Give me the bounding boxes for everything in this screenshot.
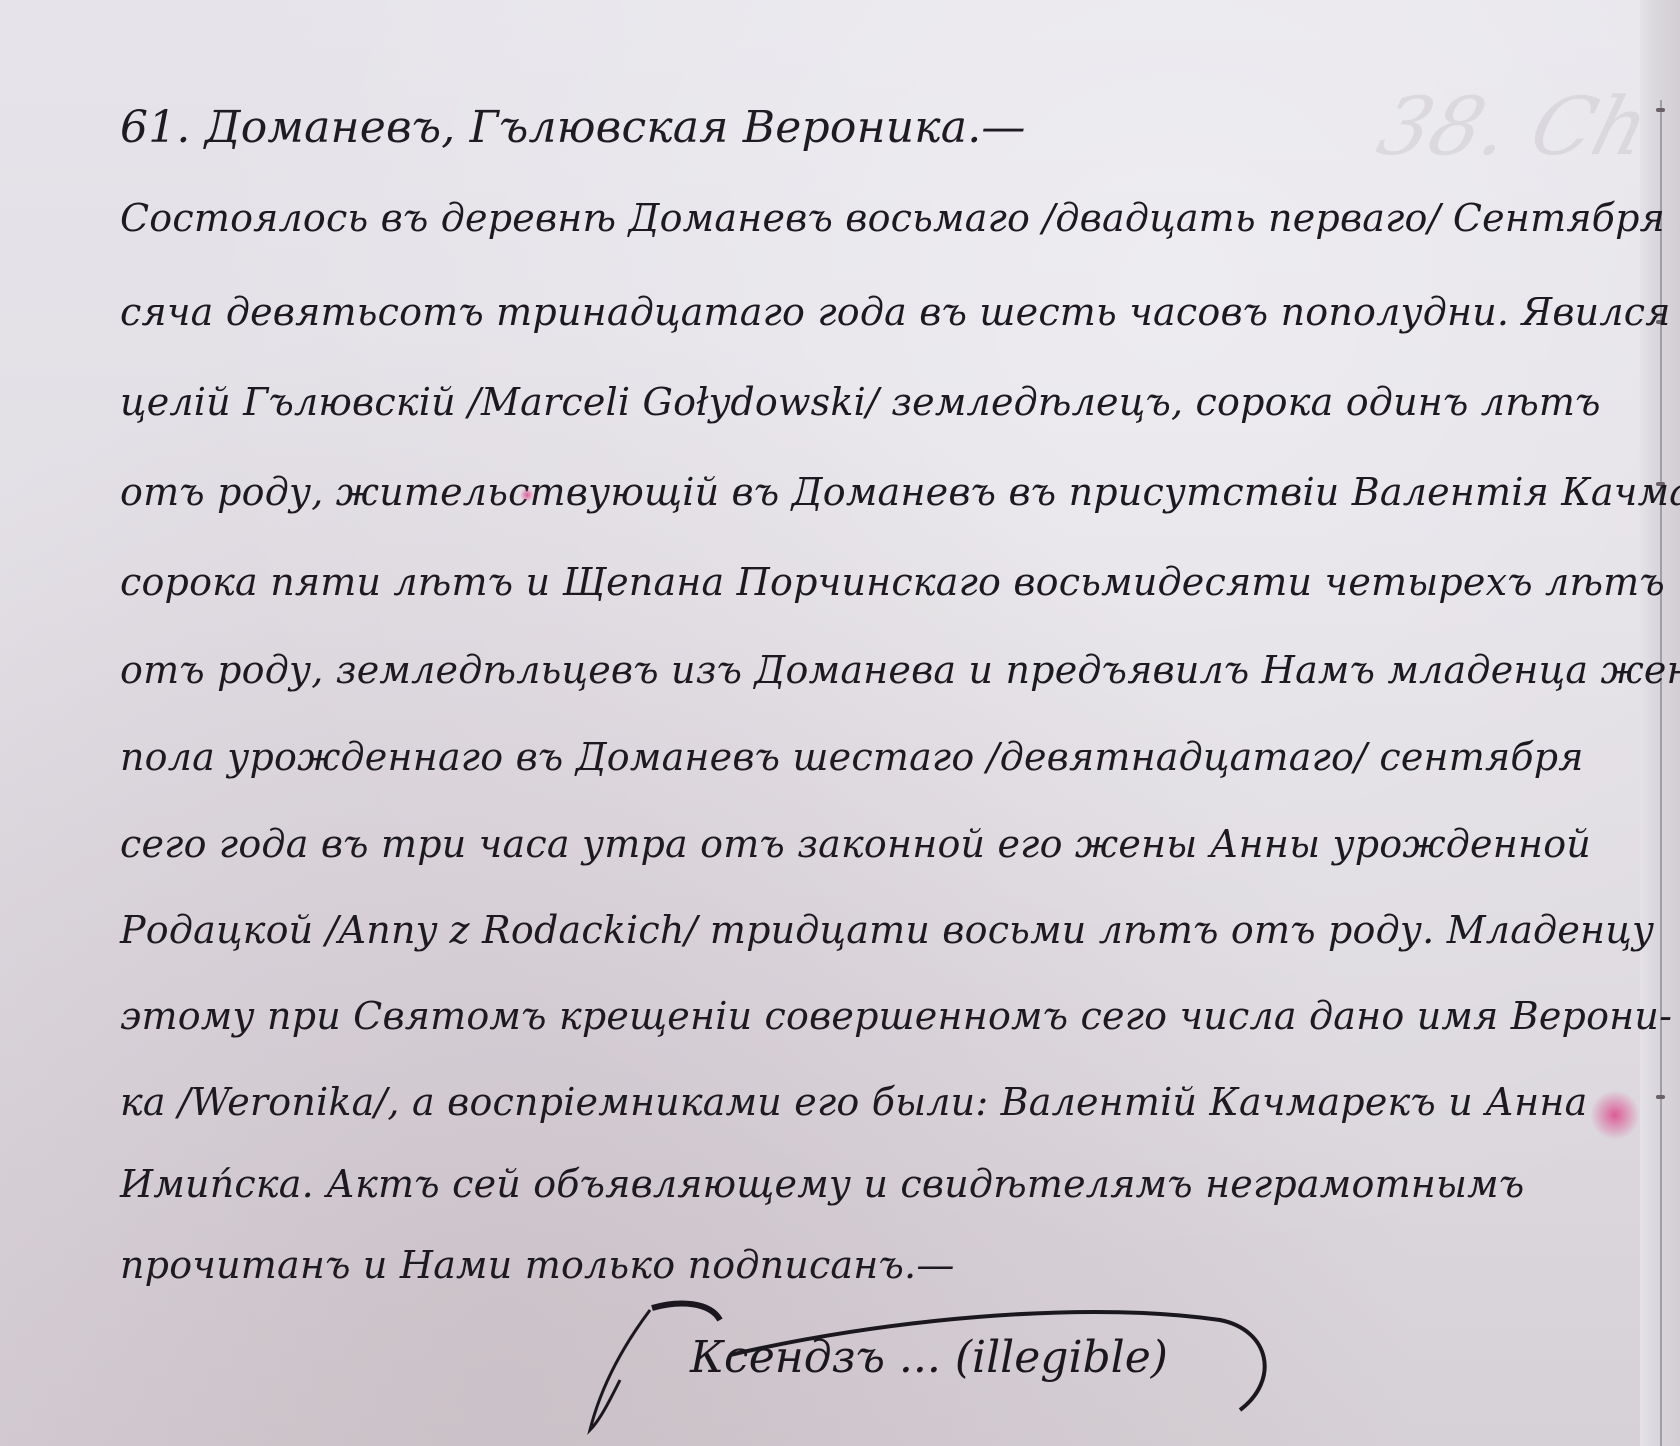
entry-heading: 61. Доманевъ, Гълювская Вероника.— [120,102,1026,153]
body-line-8: сего года въ три часа утра отъ законной … [120,822,1591,866]
bleed-through-text: 38. Ch [1367,80,1680,180]
body-line-4: отъ роду, жительствующiй въ Доманевъ въ … [120,470,1680,514]
body-line-2: сяча девятьсотъ тринадцатаго года въ шес… [120,290,1680,334]
body-line-1: Состоялось въ деревнѣ Доманевъ восьмаго … [120,196,1680,240]
body-line-11: ка /Weronika/, а воспрiемниками его были… [120,1080,1587,1124]
red-ink-mark [1590,1090,1640,1140]
body-line-3: целiй Гълювскiй /Marceli Gołydowski/ зем… [120,380,1601,424]
register-page: 38. Ch 61. Доманевъ, Гълювская Вероника.… [0,0,1680,1446]
body-line-7: пола урожденнаго въ Доманевъ шестаго /де… [120,735,1584,779]
red-ink-dot [520,488,534,502]
signature-text: Ксендзъ ... (illegible) [690,1332,1168,1383]
body-line-12: Имиńска. Актъ сей объявляющему и свидѣте… [120,1162,1524,1206]
binding-stitch [1656,108,1665,112]
body-line-10: этому при Святомъ крещенiи совершенномъ … [120,994,1672,1038]
binding-stitch [1656,1095,1665,1099]
body-line-9: Родацкой /Anny z Rodackich/ тридцати вос… [120,908,1654,952]
body-line-5: сорока пяти лѣтъ и Щепана Порчинскаго во… [120,560,1665,604]
signature-block: Ксендзъ ... (illegible) [580,1280,1300,1440]
body-line-6: отъ роду, земледѣльцевъ изъ Доманева и п… [120,648,1680,692]
